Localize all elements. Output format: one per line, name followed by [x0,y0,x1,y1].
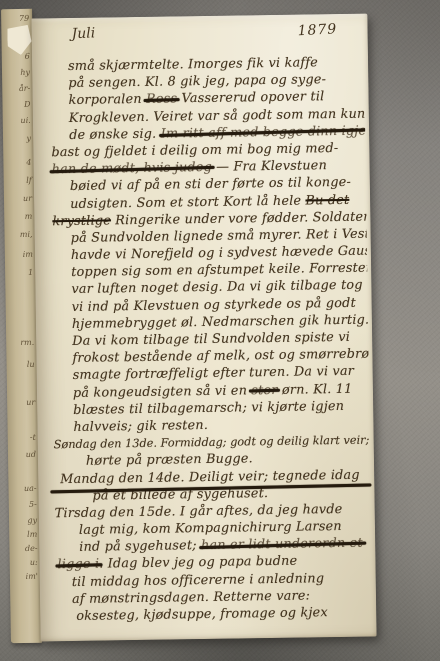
edge-text-fragment: im [23,251,33,259]
edge-text-fragment: -t [30,434,36,442]
edge-text-fragment: ui. [20,117,30,125]
manuscript-lines: små skjærmtelte. Imorges fik vi kaffepå … [46,54,372,626]
struck-out-text: krystlige [52,213,111,229]
manuscript-photo: 796hyår-Dui.y4lfurmmi,im1rm.luur-tudua-5… [0,0,440,661]
edge-text-fragment: hy [20,69,30,77]
struck-out-text: ligge i [57,556,99,574]
edge-text-fragment: ud [26,451,36,459]
handwriting-text: udsigten. Som et stort Kort lå hele [70,193,306,211]
edge-text-fragment: lm [27,531,37,539]
handwriting-text: korporalen [69,92,147,108]
struck-out-text: Im ritt aff med begge dinn igjen [161,122,366,142]
edge-text-fragment: mi, [20,231,33,239]
edge-text-fragment: gy [27,517,37,525]
struck-out-text: Bu det [305,192,349,208]
handwriting-text: Vassererud opover til [177,90,324,107]
edge-text-fragment: 4 [26,159,31,167]
edge-text-fragment: m [25,213,33,221]
handwriting-text: halvveis; gik resten. [73,418,208,435]
edge-text-fragment: u: [30,559,38,567]
edge-text-fragment: lu [27,361,35,369]
struck-out-text: han de mødt, hvis judeg [52,159,213,179]
edge-text-fragment: D [24,101,31,109]
handwriting-text: på kongeudsigten så vi en [73,383,252,401]
month-heading: Juli [71,25,95,42]
edge-text-fragment: ua- [24,485,37,493]
year-heading: 1879 [298,21,338,39]
handwriting-text: oksesteg, kjødsuppe, fromage og kjex [76,605,328,624]
edge-text-fragment: rm. [20,339,34,347]
edge-text-fragment: y [26,135,31,143]
edge-text-fragment: ur [23,195,32,203]
manuscript-line: oksesteg, kjødsuppe, fromage og kjex [54,604,372,626]
diary-page: Juli 1879 små skjærmtelte. Imorges fik v… [31,14,376,642]
handwriting-text: de ønske sig. [69,126,161,142]
edge-text-fragment: im' [26,573,38,581]
handwriting-text: hørte på præsten Bugge. [86,452,253,469]
handwriting-text: ørn. Kl. 11 [278,381,353,397]
edge-text-fragment: lf [26,177,32,185]
handwriting-text: blæstes til tilbagemarsch; vi kjørte igj… [73,399,344,418]
edge-text-fragment: 79 [19,15,29,23]
handwriting-text: — Fra Klevstuen [212,158,327,175]
struck-out-text: han er lidt underordn et [201,535,363,555]
handwriting-text: . Idag blev jeg og papa budne [99,554,297,572]
edge-text-fragment: 5- [29,501,37,509]
handwriting-text: ind på sygehuset; [79,538,201,555]
edge-text-fragment: de- [25,545,38,553]
edge-text-fragment: år- [19,85,30,93]
edge-text-fragment: 6 [25,53,30,61]
edge-text-fragment: 1 [28,269,33,277]
edge-text-fragment: ur [26,399,35,407]
handwriting-text: Søndag den 13de. Formiddag; godt og deil… [54,434,370,452]
page-header: Juli 1879 [46,22,358,43]
struck-out-text: Ross [146,91,178,109]
struck-out-text: stor [251,381,278,399]
